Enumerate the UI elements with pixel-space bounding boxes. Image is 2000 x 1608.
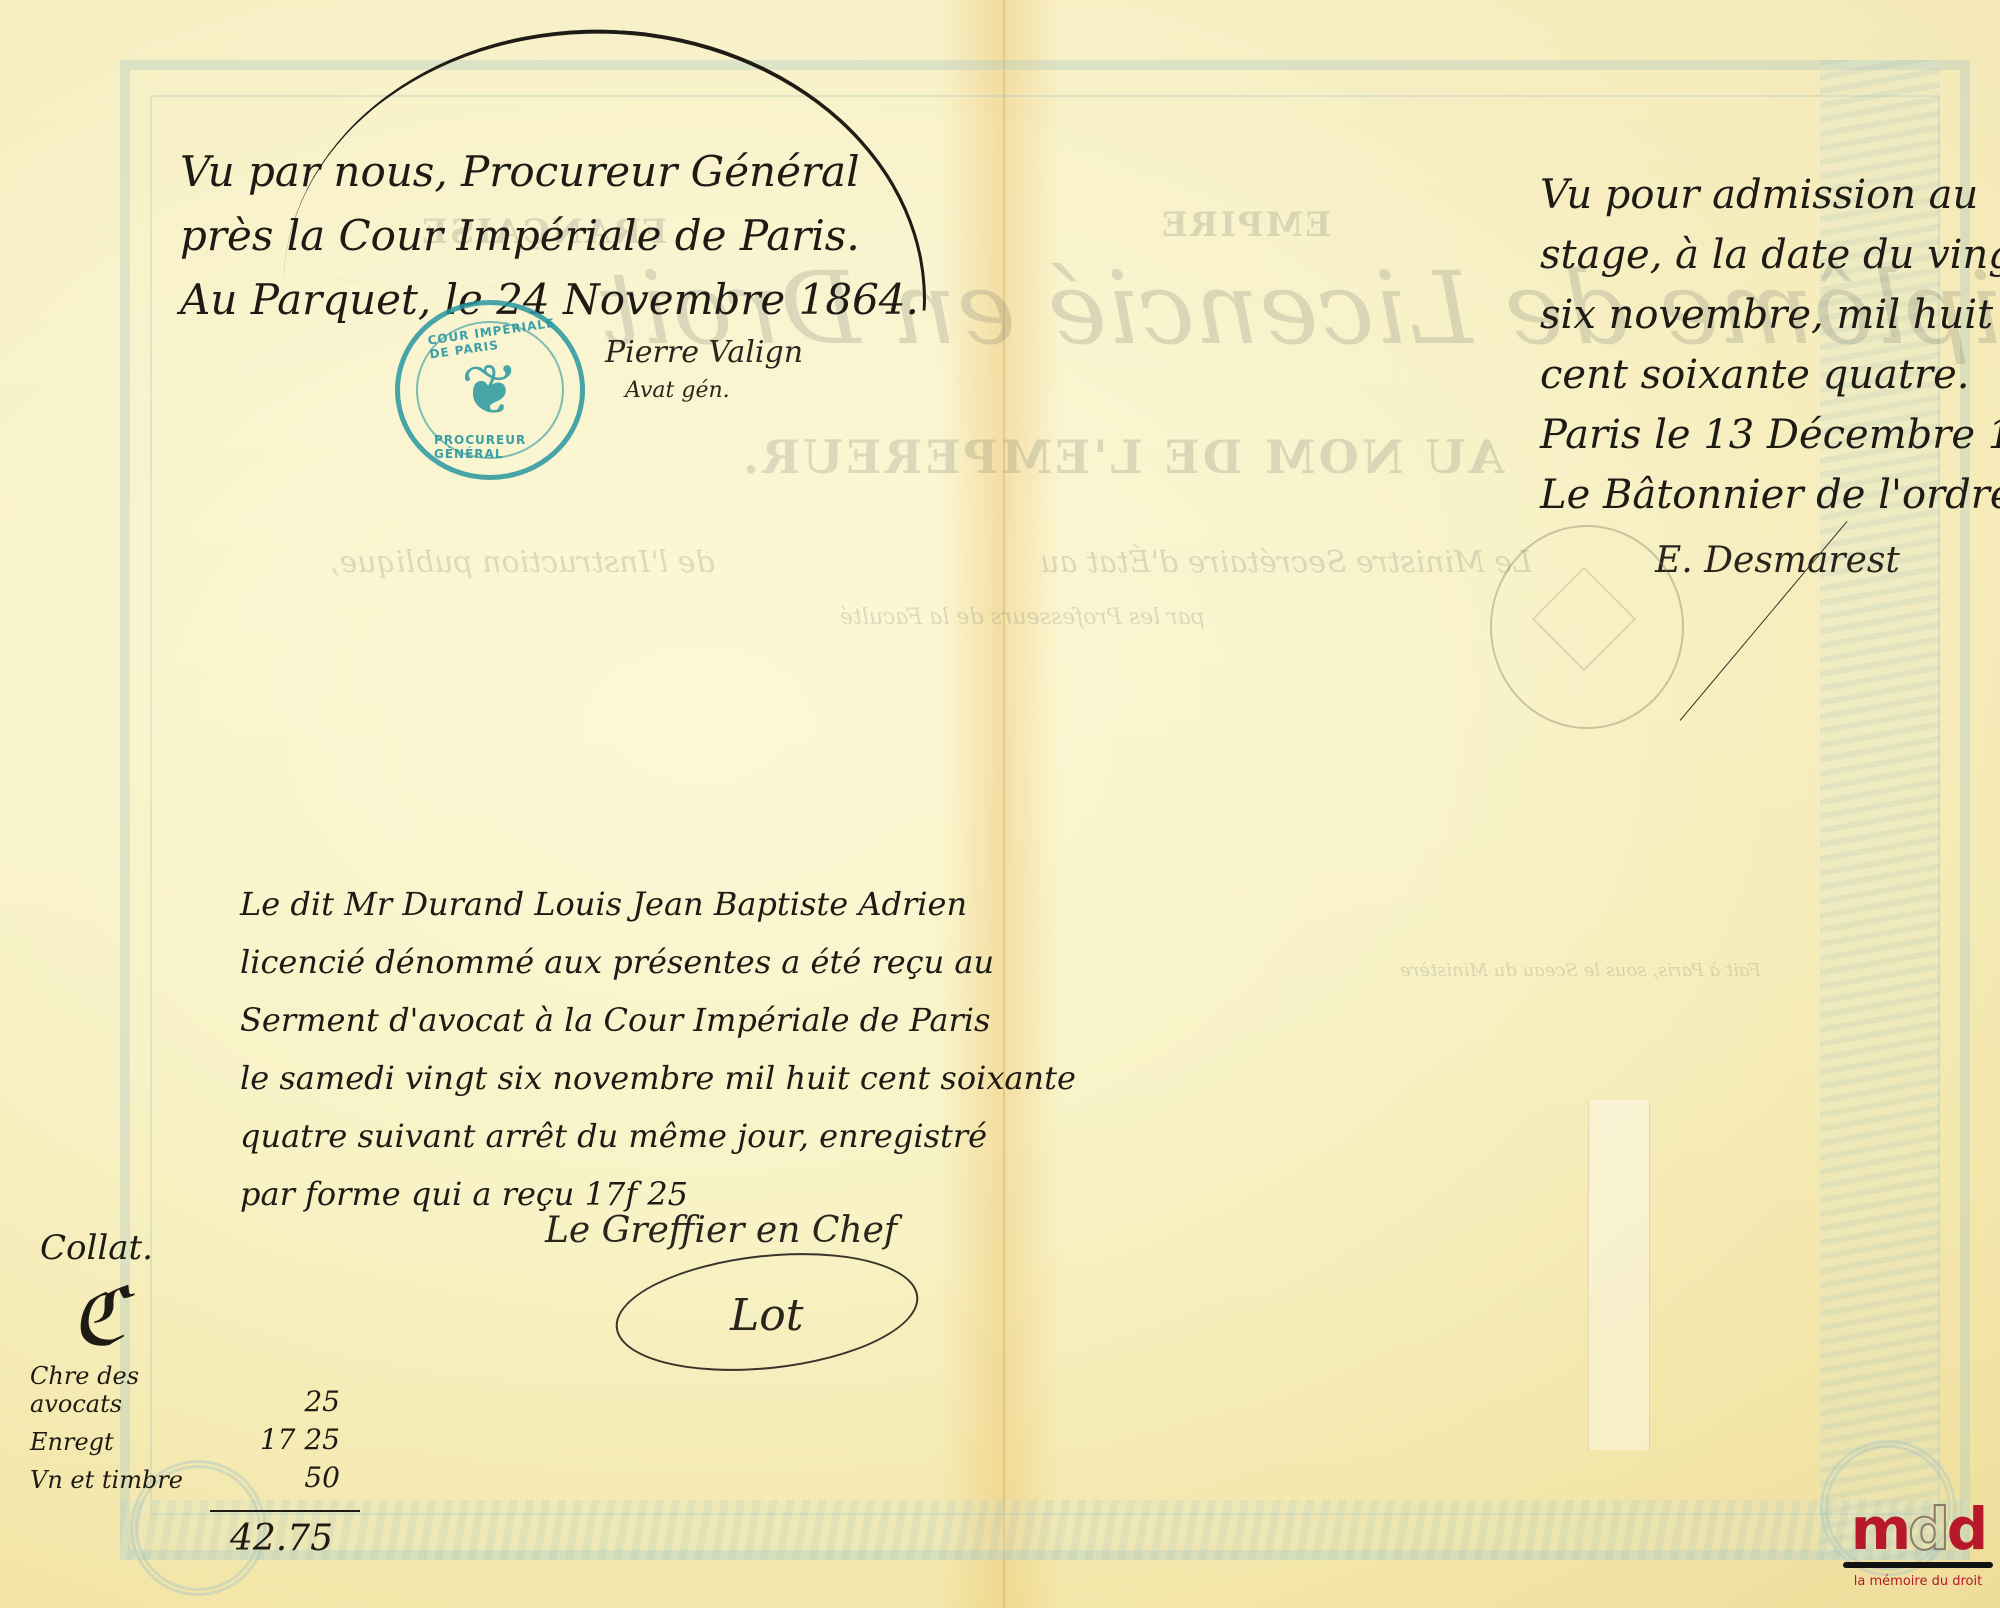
procureur-signature-title: Avat gén.: [625, 378, 730, 403]
seal-bottom-text: PROCUREUR GÉNÉRAL: [434, 433, 580, 461]
annotation-serment: Le dit Mr Durand Louis Jean Baptiste Adr…: [240, 875, 1076, 1223]
fee-label: Vn et timbre: [30, 1466, 230, 1494]
ornamental-border-bottom: [120, 1500, 1970, 1560]
logo-letter-d: d: [1947, 1495, 1986, 1563]
fee-value: 25: [230, 1385, 340, 1418]
fee-label: Enregt: [30, 1428, 230, 1456]
fee-row: Chre des avocats 25: [30, 1380, 340, 1418]
fees-total: 42.75: [230, 1518, 333, 1559]
batonnier-line-2: stage, à la date du vingt: [1540, 225, 2000, 285]
serment-line-2: licencié dénommé aux présentes a été reç…: [240, 933, 1076, 991]
fee-value: 17 25: [230, 1423, 340, 1456]
batonnier-line-3: six novembre, mil huit: [1540, 285, 2000, 345]
collation-flourish-icon: ℭ: [70, 1270, 126, 1363]
logo-tagline: la mémoire du droit: [1838, 1574, 1998, 1589]
eagle-icon: ❦: [461, 349, 520, 431]
logo-letter-d-hollow: d: [1908, 1495, 1947, 1563]
mdd-logo: mdd la mémoire du droit: [1838, 1500, 1998, 1589]
logo-mark: mdd: [1838, 1500, 1998, 1558]
printed-empire: EMPIRE: [1160, 205, 1331, 245]
batonnier-signature: E. Desmarest: [1655, 540, 1900, 581]
fees-list: Chre des avocats 25 Enregt 17 25 Vn et t…: [30, 1380, 340, 1494]
printed-line-etat: Fait à Paris, sous le Sceau du Ministère: [1400, 960, 1761, 981]
greffier-closing: Le Greffier en Chef: [545, 1210, 897, 1251]
printed-line-ministre: Le Ministre Secrétaire d'État au: [1040, 545, 1532, 580]
fee-label: Chre des avocats: [30, 1362, 230, 1418]
serment-line-4: le samedi vingt six novembre mil huit ce…: [240, 1049, 1076, 1107]
fee-row: Enregt 17 25: [30, 1418, 340, 1456]
printed-line-instruction: de l'Instruction publique,: [330, 545, 715, 580]
serment-line-5: quatre suivant arrêt du même jour, enreg…: [240, 1107, 1076, 1165]
annotation-batonnier: Vu pour admission au stage, à la date du…: [1540, 165, 2000, 525]
batonnier-line-5: Paris le 13 Décembre 1864: [1540, 405, 2000, 465]
seal-faint-stamp: [1490, 525, 1684, 729]
serment-line-1: Le dit Mr Durand Louis Jean Baptiste Adr…: [240, 875, 1076, 933]
fee-value: 50: [230, 1461, 340, 1494]
procureur-line-2: près la Cour Impériale de Paris.: [180, 204, 919, 268]
serment-line-3: Serment d'avocat à la Cour Impériale de …: [240, 991, 1076, 1049]
printed-au-nom: AU NOM DE L'EMPEREUR.: [740, 430, 1505, 484]
fees-sum-rule: [210, 1510, 360, 1512]
paper-tab-strip: [1588, 1100, 1650, 1450]
fees-collation-label: Collat.: [40, 1228, 153, 1268]
batonnier-line-1: Vu pour admission au: [1540, 165, 2000, 225]
printed-line-professeurs: par les Professeurs de la Faculté: [840, 605, 1205, 630]
procureur-signature: Pierre Valign: [605, 335, 803, 370]
fee-row: Vn et timbre 50: [30, 1456, 340, 1494]
batonnier-line-6: Le Bâtonnier de l'ordre.: [1540, 465, 2000, 525]
annotation-procureur: Vu par nous, Procureur Général près la C…: [180, 140, 919, 332]
seal-cour-imperiale: COUR IMPÉRIALE DE PARIS ❦ PROCUREUR GÉNÉ…: [395, 300, 585, 480]
logo-letter-m: m: [1851, 1495, 1908, 1563]
batonnier-line-4: cent soixante quatre.: [1540, 345, 2000, 405]
procureur-line-1: Vu par nous, Procureur Général: [180, 140, 919, 204]
